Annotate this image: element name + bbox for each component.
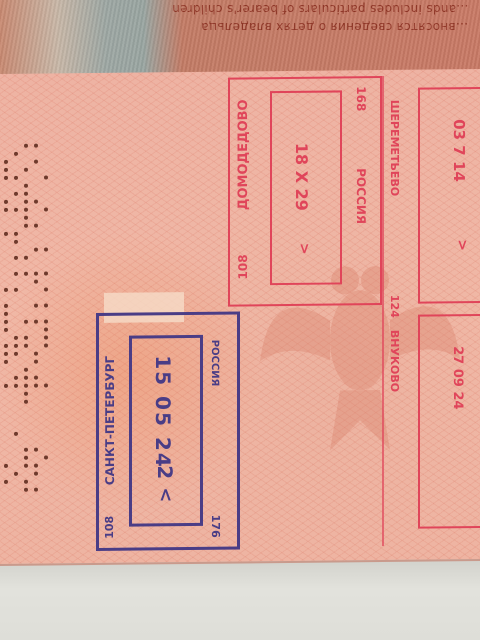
stamp-code-bottom: 108 [103, 516, 116, 539]
perforation-dot [4, 312, 8, 316]
perforation-dot [14, 176, 18, 180]
perforation-dot [34, 224, 38, 228]
stamp-direction: > [296, 243, 312, 255]
perforation-dot [4, 360, 8, 364]
perforation-dot [4, 232, 8, 236]
perforation-dot [14, 472, 18, 476]
perforation-dot [24, 448, 28, 452]
perforation-dot [24, 336, 28, 340]
perforation-dot [14, 288, 18, 292]
perforation-dot [24, 480, 28, 484]
blue-entry-stamp-st-petersburg: САНКТ-ПЕТЕРБУРГ 108 15 05 24 2 < РОССИЯ … [96, 311, 240, 551]
perforation-dot [14, 240, 18, 244]
perforation-dot [24, 144, 28, 148]
stamp-country: РОССИЯ [354, 168, 368, 224]
stamp-direction: < [155, 487, 176, 502]
table-surface [0, 555, 480, 640]
stamp-number: 03 7 14 [450, 119, 468, 182]
perforation-dot [44, 383, 48, 387]
perforation-dot [44, 319, 48, 323]
perforation-dot [24, 200, 28, 204]
perforation-dot [24, 272, 28, 276]
stamp-place-sheremetyevo: ШЕРЕМЕТЬЕВО [388, 100, 401, 196]
red-exit-stamp-sheremetyevo: 03 7 14 > [418, 87, 480, 304]
perforation-dot [4, 160, 8, 164]
perforation-dot [44, 335, 48, 339]
perforation-dot [34, 384, 38, 388]
perforation-dot [34, 272, 38, 276]
perforation-dot [34, 448, 38, 452]
perforation-dot [24, 368, 28, 372]
perforation-dot [34, 488, 38, 492]
perforation-dot [34, 160, 38, 164]
perforation-dot [24, 168, 28, 172]
stamp-place-vnukovo: ВНУКОВО [388, 330, 401, 392]
stamp-date: 18 Х 29 [292, 143, 311, 211]
perforation-dot [4, 464, 8, 468]
perforation-dot [24, 184, 28, 188]
perforation-dot [44, 271, 48, 275]
perforation-dot [24, 392, 28, 396]
stamp-place: ДОМОДЕДОВО [236, 99, 251, 210]
perforation-dot [24, 208, 28, 212]
perforation-dot [34, 360, 38, 364]
red-stamp-vnukovo: 27 09 24 [418, 314, 480, 529]
perforation-dot [4, 176, 8, 180]
perforation-dot [14, 344, 18, 348]
stamp-code-top: 168 [354, 86, 368, 111]
perforation-dot [44, 303, 48, 307]
perforation-dot [24, 344, 28, 348]
stamp-date: 15 05 24 [151, 355, 175, 469]
passport-page: ДОМОДЕДОВО 108 18 Х 29 > 168 РОССИЯ 03 7… [0, 69, 480, 566]
perforation-dot [14, 152, 18, 156]
perforation-dot [4, 352, 8, 356]
stamp-number: 27 09 24 [450, 346, 465, 409]
perforation-dot [24, 384, 28, 388]
perforation-dot [34, 248, 38, 252]
perforation-dot [34, 376, 38, 380]
perforation-dot [34, 200, 38, 204]
perforation-dot [44, 207, 48, 211]
perforation-dot [44, 287, 48, 291]
stamp-code: 124 [388, 295, 401, 318]
perforation-dot [24, 400, 28, 404]
perforation-dot [24, 488, 28, 492]
perforation-dot [24, 256, 28, 260]
perforation-dot [14, 384, 18, 388]
stamp-inner-frame: 18 Х 29 > [270, 90, 342, 285]
perforation-dot [4, 208, 8, 212]
perforation-dot [24, 456, 28, 460]
red-entry-stamp-domodedovo: ДОМОДЕДОВО 108 18 Х 29 > 168 РОССИЯ [228, 76, 382, 307]
perforation-dot [44, 343, 48, 347]
perforation-dot [14, 376, 18, 380]
perforation-dot [4, 200, 8, 204]
perforation-dot [44, 175, 48, 179]
passport-photo: ...ands includes particulars of bearer's… [0, 0, 480, 640]
stamp-code-top: 176 [209, 515, 222, 538]
stamp-country: РОССИЯ [209, 340, 220, 387]
perforation-dot [4, 344, 8, 348]
perforation-dot [14, 232, 18, 236]
perforation-dot [34, 320, 38, 324]
perforation-dot [24, 320, 28, 324]
perforation-dot [4, 384, 8, 388]
perforation-dot [4, 320, 8, 324]
perforation-dot [4, 168, 8, 172]
perforation-dot [34, 280, 38, 284]
perforation-dot [4, 328, 8, 332]
perforation-dot [24, 376, 28, 380]
perforation-dot [34, 304, 38, 308]
stamp-direction: > [454, 239, 470, 251]
perforation-dot [34, 144, 38, 148]
perforation-dot [24, 192, 28, 196]
perforation-dot [14, 352, 18, 356]
previous-page: ...ands includes particulars of bearer's… [0, 0, 480, 78]
perforation-dot [4, 288, 8, 292]
perforation-dot [34, 352, 38, 356]
perforation-dot [14, 336, 18, 340]
stamp-divider-line [382, 76, 384, 546]
stamp-code-bottom: 108 [236, 254, 250, 279]
perforation-dot [24, 224, 28, 228]
perforation-dot [34, 472, 38, 476]
perforation-dot [14, 256, 18, 260]
top-page-english-text: ...ands includes particulars of bearer's… [172, 2, 468, 16]
top-page-russian-text: ...вносятся сведения о детях владельца [201, 20, 468, 34]
perforation-dot [14, 192, 18, 196]
perforation-dot [34, 464, 38, 468]
perforation-dot [14, 208, 18, 212]
perforation-dot [44, 327, 48, 331]
perforation-dot [4, 304, 8, 308]
stamp-place: САНКТ-ПЕТЕРБУРГ [103, 356, 117, 486]
perforation-dot [24, 464, 28, 468]
perforation-dot [44, 247, 48, 251]
perforation-dot [44, 455, 48, 459]
perforation-dot [24, 216, 28, 220]
perforation-dot [14, 432, 18, 436]
perforation-dot [14, 272, 18, 276]
stamp-suffix: 2 [153, 465, 177, 479]
perforated-serial-number [0, 143, 60, 504]
perforation-dot [4, 480, 8, 484]
